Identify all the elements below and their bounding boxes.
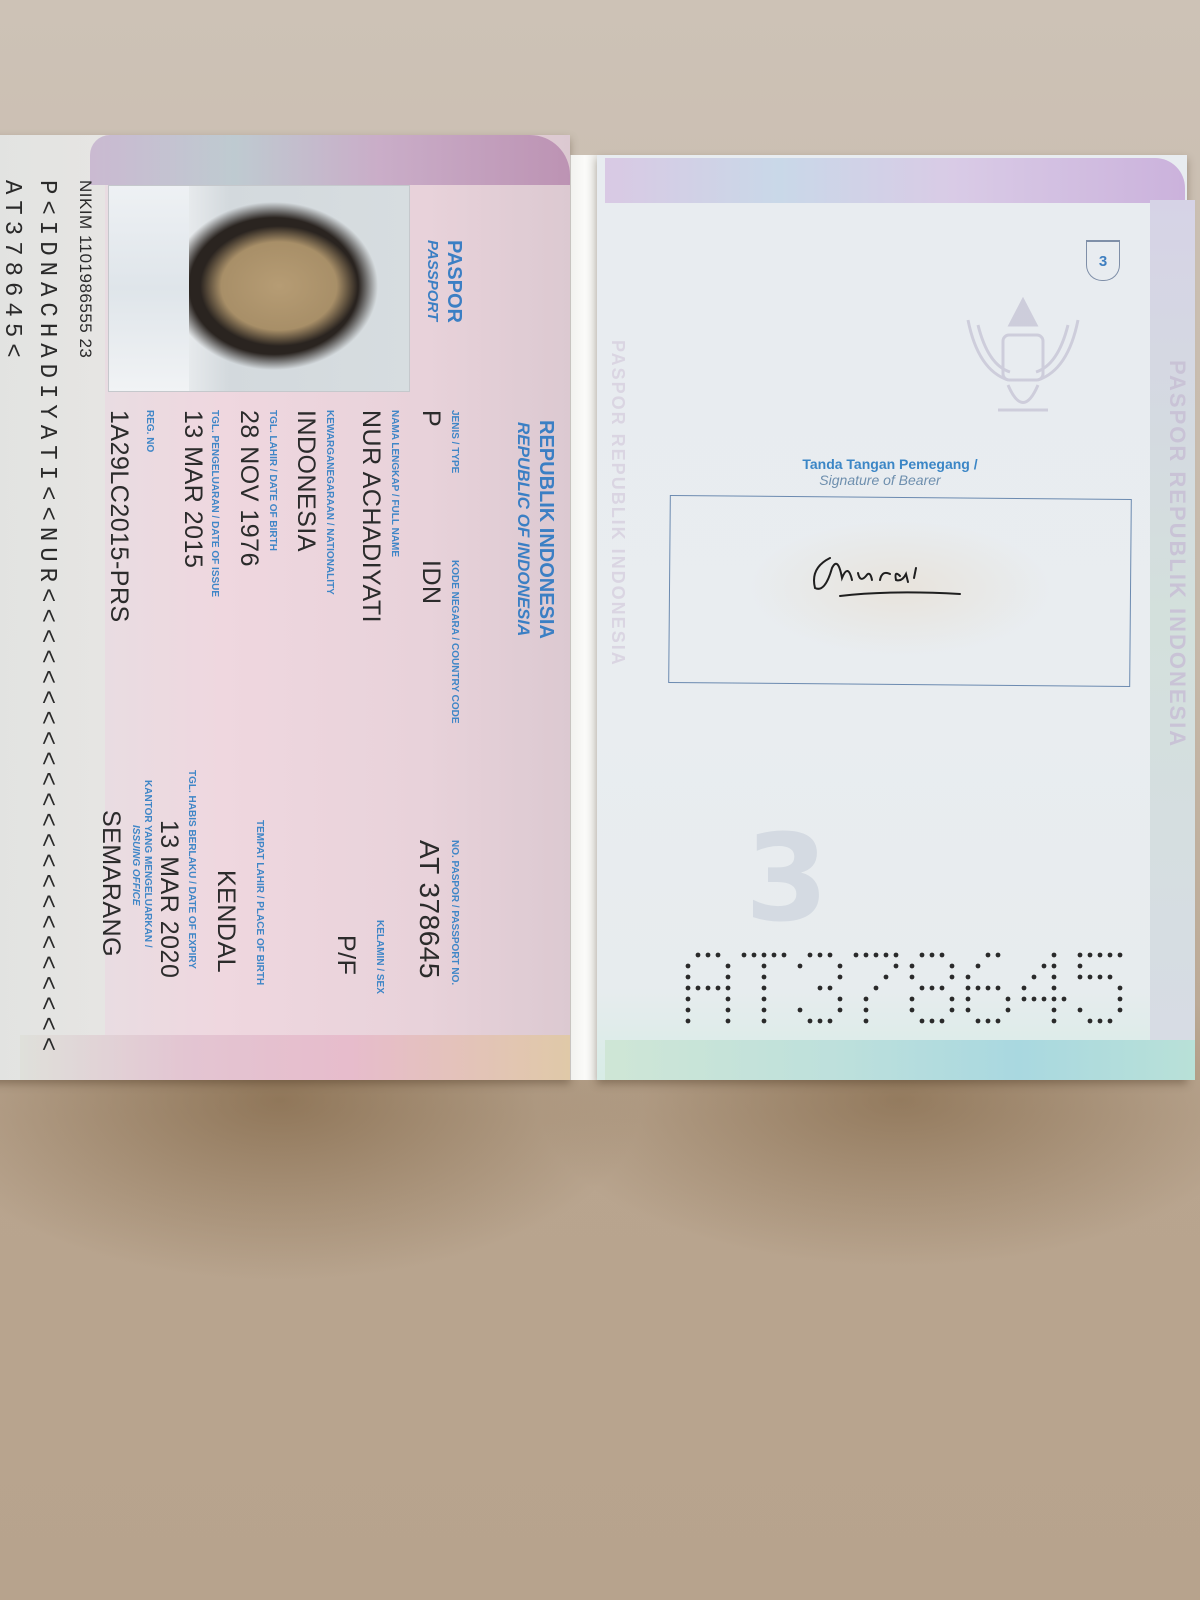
passport-no-value: AT 378645: [413, 840, 445, 979]
dob-label: TGL. LAHIR / DATE OF BIRTH: [267, 410, 278, 551]
passport-spine: [570, 155, 600, 1080]
pob-value: KENDAL: [211, 870, 240, 973]
pob-label: TEMPAT LAHIR / PLACE OF BIRTH: [254, 820, 265, 985]
nikim-number: NIKIM 1101986555 23: [75, 180, 95, 358]
background-numeral: 3: [745, 810, 829, 949]
signature-heading: Tanda Tangan Pemegang /: [770, 456, 1010, 472]
type-value: P: [416, 410, 445, 427]
doc-title: PASPOR: [442, 240, 465, 323]
signature-page-top-band: [605, 158, 1185, 203]
bearer-signature: [810, 548, 990, 608]
full-name-value: NUR ACHADIYATI: [356, 410, 385, 623]
nationality-value: INDONESIA: [291, 410, 320, 552]
nationality-label: KEWARGANEGARAAN / NATIONALITY: [324, 410, 335, 595]
holder-photo: [108, 185, 410, 392]
issuing-office-value: SEMARANG: [96, 810, 125, 957]
mrz-line-1: P<IDNACHADIYATI<<NUR<<<<<<<<<<<<<<<<<<<<…: [33, 180, 60, 1057]
expiry-value: 13 MAR 2020: [154, 820, 183, 978]
side-watermark-text: PASPOR REPUBLIK INDONESIA: [1164, 360, 1190, 748]
country-title: REPUBLIK INDONESIA: [534, 420, 557, 639]
page-number-badge: 3: [1086, 240, 1120, 281]
sex-label: KELAMIN / SEX: [374, 920, 385, 994]
reg-no-label: REG. NO: [144, 410, 155, 452]
passport-no-label: NO. PASPOR / PASSPORT NO.: [449, 840, 460, 985]
issue-label: TGL. PENGELUARAN / DATE OF ISSUE: [209, 410, 220, 597]
data-page-content: REPUBLIK INDONESIA REPUBLIC OF INDONESIA…: [5, 160, 565, 1040]
issue-value: 13 MAR 2015: [178, 410, 207, 568]
issuing-office-label-en: ISSUING OFFICE: [130, 825, 141, 906]
reg-no-value: 1A29LC2015-PRS: [104, 410, 133, 623]
signature-subheading: Signature of Bearer: [770, 472, 990, 488]
sex-value: P/F: [331, 935, 360, 975]
signature-page-bottom-band: [605, 1040, 1195, 1080]
data-page-bottom-strip: [20, 1035, 570, 1080]
doc-title-en: PASSPORT: [424, 240, 441, 321]
issuing-office-label: KANTOR YANG MENGELUARKAN /: [142, 780, 153, 948]
perforated-passport-number: [682, 945, 1132, 1035]
inner-watermark-text: PASPOR REPUBLIK INDONESIA: [607, 340, 628, 667]
country-title-en: REPUBLIC OF INDONESIA: [513, 422, 533, 636]
country-code-value: IDN: [416, 560, 445, 605]
garuda-emblem-icon: [948, 280, 1098, 430]
type-label: JENIS / TYPE: [449, 410, 460, 473]
full-name-label: NAMA LENGKAP / FULL NAME: [389, 410, 400, 557]
country-code-label: KODE NEGARA / COUNTRY CODE: [449, 560, 460, 724]
mrz-line-2: AT378645<: [0, 180, 25, 364]
dob-value: 28 NOV 1976: [234, 410, 263, 567]
expiry-label: TGL. HABIS BERLAKU / DATE OF EXPIRY: [186, 770, 197, 969]
